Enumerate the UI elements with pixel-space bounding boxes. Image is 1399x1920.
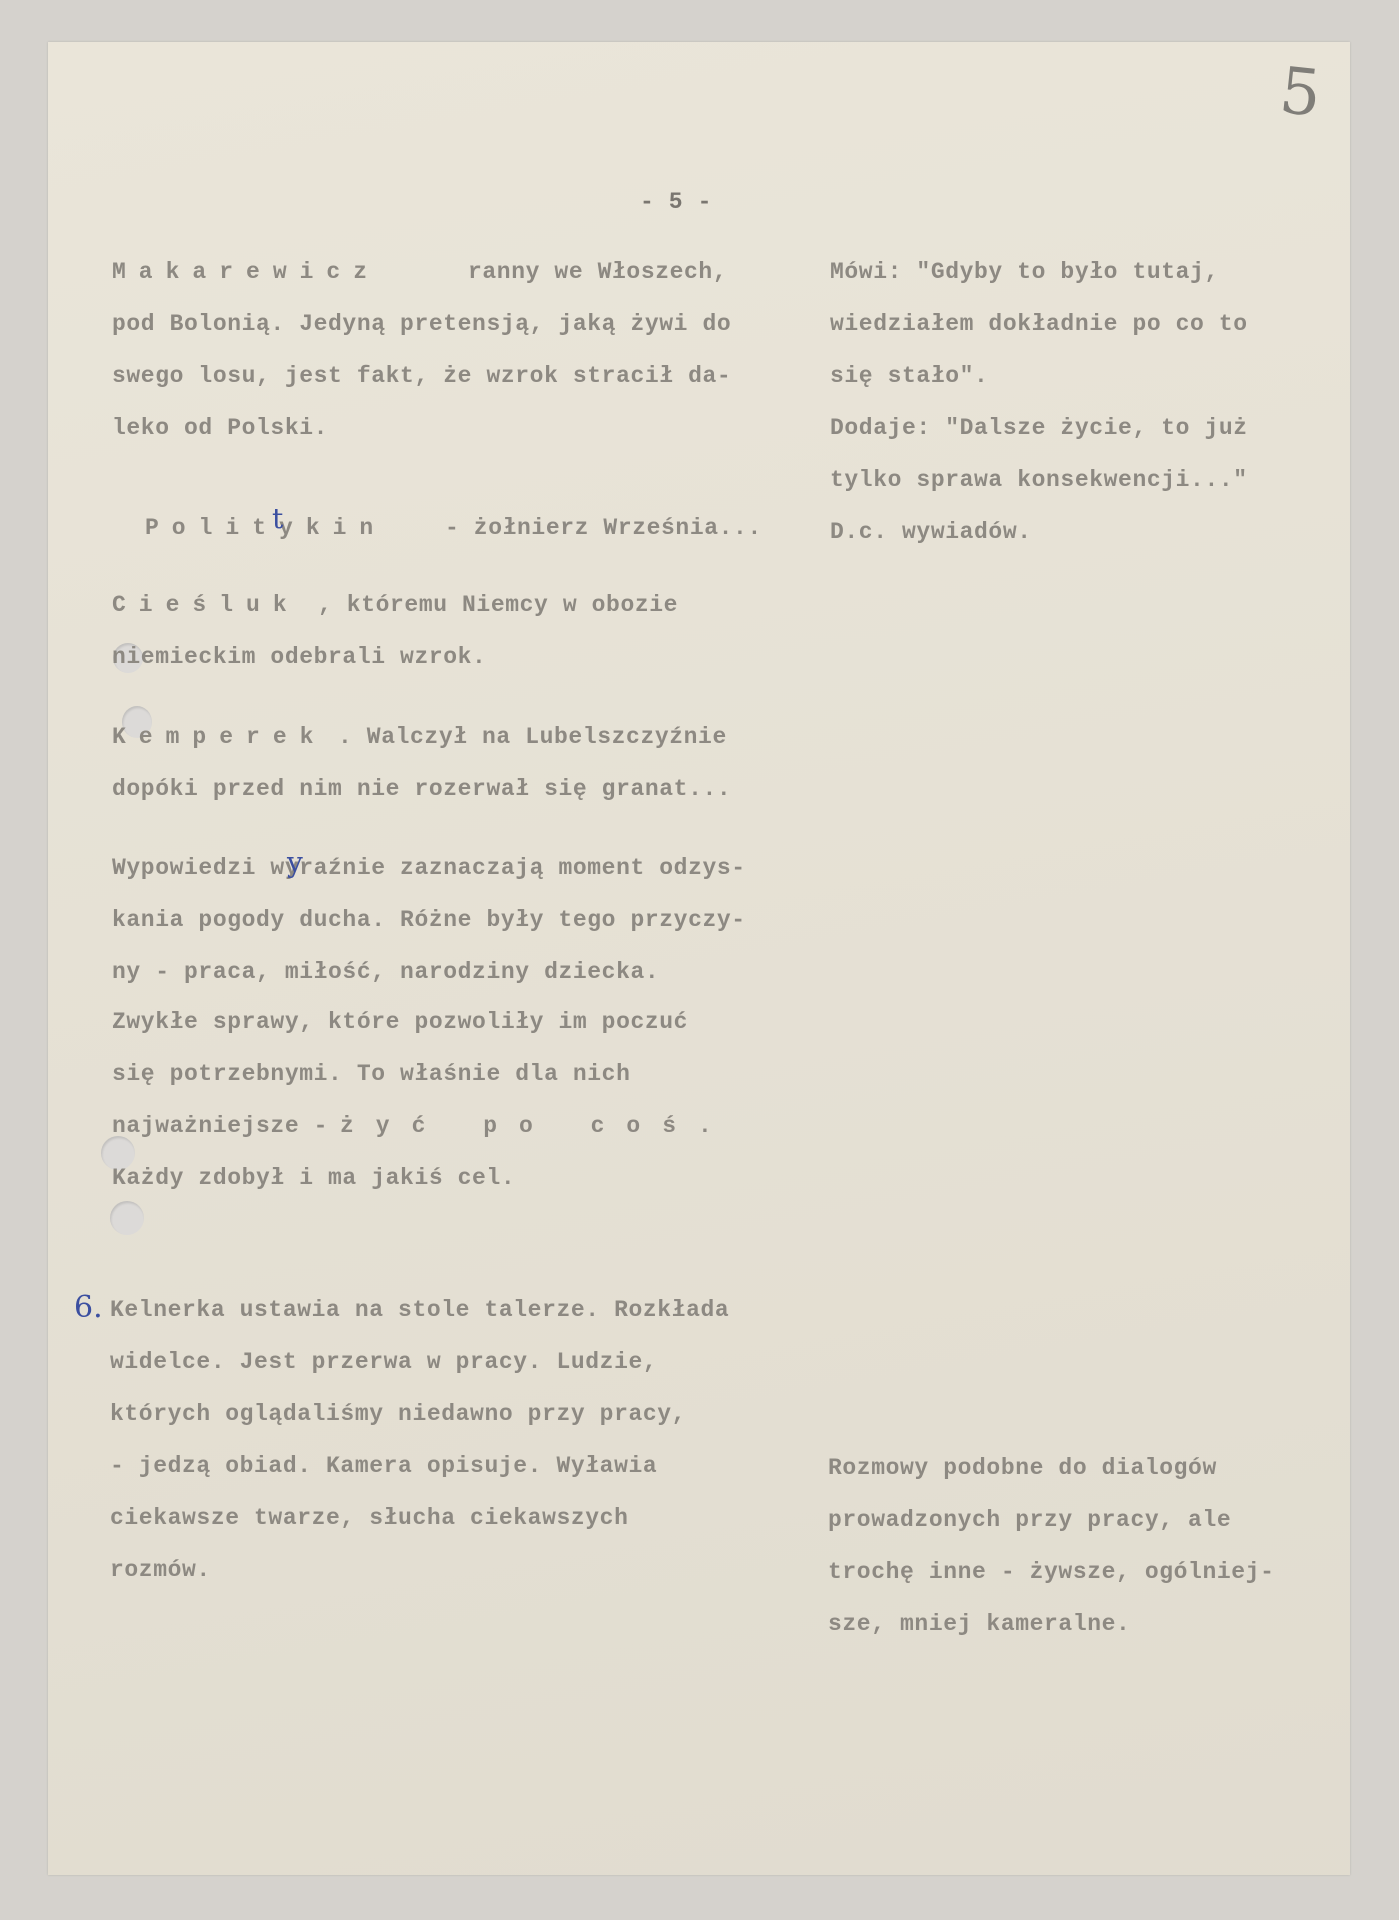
text-line: się potrzebnymi. To właśnie dla nich [112,1060,630,1088]
name-politykin: Politykin [145,514,386,542]
text-line: tylko sprawa konsekwencji..." [830,466,1248,494]
emphasis-zyc-po-cos: żyć po coś. [340,1112,734,1140]
text-line: Wypowiedzi wyraźnie zaznaczają moment od… [112,854,746,882]
text-line: wiedziałem dokładnie po co to [830,310,1248,338]
text-line: rozmów. [110,1556,211,1584]
text-line: . Walczył na Lubelszczyźnie [338,723,727,751]
scene-number-marker: 6. [74,1290,103,1325]
text-line: których oglądaliśmy niedawno przy pracy, [110,1400,686,1428]
text-line: dopóki przed nim nie rozerwał się granat… [112,775,731,803]
handwritten-correction-t: t [272,502,283,535]
text-line: leko od Polski. [112,414,328,442]
text-line: pod Bolonią. Jedyną pretensją, jaką żywi… [112,310,731,338]
text-line: - jedzą obiad. Kamera opisuje. Wyławia [110,1452,657,1480]
text-line: ny - praca, miłość, narodziny dziecka. [112,958,659,986]
text-line: prowadzonych przy pracy, ale [828,1506,1231,1534]
text-line: Mówi: "Gdyby to było tutaj, [830,258,1219,286]
text-line: niemieckim odebrali wzrok. [112,643,486,671]
name-ciesluk: Cieśluk [112,591,300,619]
text-line: ranny we Włoszech, [468,258,727,286]
typed-page-number: - 5 - [640,188,712,216]
text-line: - żołnierz Września... [445,514,762,542]
text-line: , któremu Niemcy w obozie [318,591,678,619]
text-line: widelce. Jest przerwa w pracy. Ludzie, [110,1348,657,1376]
handwritten-correction-y: y [287,846,303,879]
text-line: kania pogody ducha. Różne były tego przy… [112,906,746,934]
text-line: najważniejsze - [112,1112,328,1140]
punch-hole [110,1201,144,1235]
text-line: swego losu, jest fakt, że wzrok stracił … [112,362,731,390]
text-line: ciekawsze twarze, słucha ciekawszych [110,1504,628,1532]
text-line: Każdy zdobył i ma jakiś cel. [112,1164,515,1192]
name-kemperek: Kemperek [112,723,326,751]
text-line: trochę inne - żywsze, ogólniej- [828,1558,1274,1586]
text-line: sze, mniej kameralne. [828,1610,1130,1638]
text-line: Rozmowy podobne do dialogów [828,1454,1217,1482]
text-line: się stało". [830,362,988,390]
text-line: Kelnerka ustawia na stole talerze. Rozkł… [110,1296,729,1324]
text-line: Dodaje: "Dalsze życie, to już [830,414,1248,442]
text-line: D.c. wywiadów. [830,518,1032,546]
name-makarewicz: Makarewicz [112,258,380,286]
handwritten-page-number: 5 [1276,54,1324,132]
text-line: Zwykłe sprawy, które pozwoliły im poczuć [112,1008,688,1036]
